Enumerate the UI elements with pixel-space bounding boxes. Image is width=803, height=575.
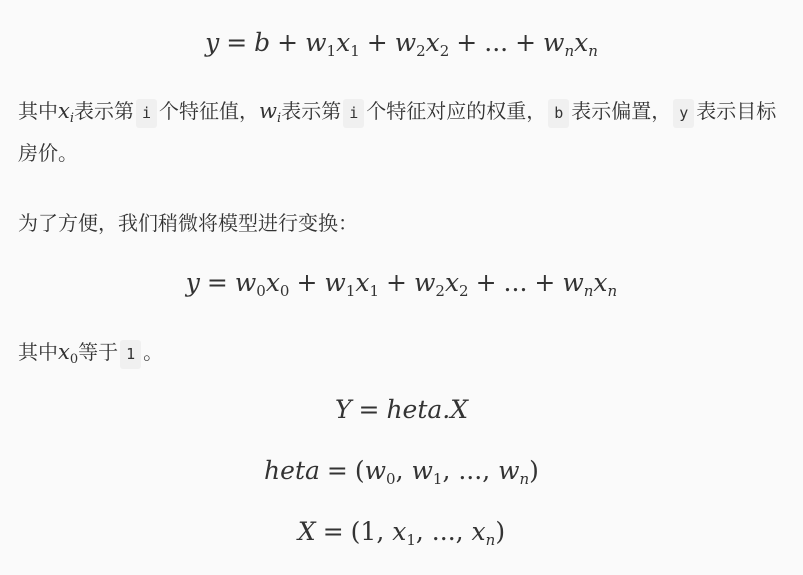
math-var: x (426, 28, 440, 57)
math-var: x (58, 340, 70, 364)
math-paren: ( (355, 456, 365, 485)
text: 。 (143, 340, 163, 364)
math-var: w (259, 99, 277, 123)
math-var: w (411, 456, 432, 485)
text: 表示第 (281, 99, 341, 123)
math-var: x (574, 28, 588, 57)
math-var: y (186, 268, 200, 297)
math-op: + (270, 28, 305, 57)
math-sub: 1 (433, 470, 443, 488)
math-sub: 2 (459, 282, 469, 300)
math-comma: , (396, 456, 404, 485)
math-var: x (266, 268, 280, 297)
math-comma: , (376, 517, 384, 546)
math-var: heta.X (386, 395, 468, 424)
math-comma: , (482, 456, 490, 485)
math-var: x (58, 99, 70, 123)
equation-x-vector: X=(1, x1, ..., xn) (0, 517, 803, 546)
math-sub: 1 (346, 282, 356, 300)
math-var: w (365, 456, 386, 485)
math-var: w (324, 268, 345, 297)
math-comma: , (442, 456, 450, 485)
math-sub: n (564, 42, 574, 60)
inline-code-1: 1 (120, 340, 141, 369)
paragraph-x0-definition: 其中x0等于1。 (18, 332, 788, 374)
math-var: w (305, 28, 326, 57)
math-var: Y (335, 395, 352, 424)
inline-code-i: i (136, 99, 157, 128)
math-var: w (235, 268, 256, 297)
paragraph-transform-intro: 为了方便，我们稍微将模型进行变换： (18, 203, 788, 243)
math-op: + (379, 268, 414, 297)
equation-linear-model: y=b+w1x1+w2x2+...+wnxn (0, 28, 803, 57)
math-var: b (254, 28, 270, 57)
math-var: w (498, 456, 519, 485)
math-sub: n (608, 282, 618, 300)
math-sub: 2 (435, 282, 445, 300)
math-dots: ... (484, 28, 508, 57)
inline-code-i: i (343, 99, 364, 128)
math-sub: 2 (416, 42, 426, 60)
equation-theta-vector: heta=(w0, w1, ..., wn) (0, 456, 803, 485)
text: 为了方便，我们稍微将模型进行变换： (18, 211, 358, 235)
math-op: = (351, 395, 386, 424)
math-var: w (543, 28, 564, 57)
inline-code-b: b (548, 99, 569, 128)
math-sub: n (588, 42, 598, 60)
math-comma: , (416, 517, 424, 546)
math-sub: n (486, 531, 496, 549)
text: 个特征对应的权重， (366, 99, 546, 123)
math-var: heta (264, 456, 320, 485)
math-op: = (200, 268, 235, 297)
math-op: + (289, 268, 324, 297)
math-op: + (449, 28, 484, 57)
text: 等于 (78, 340, 118, 364)
paragraph-variable-definitions: 其中xi表示第i个特征值，wi表示第i个特征对应的权重，b表示偏置，y表示目标房… (18, 91, 788, 173)
math-sub: n (584, 282, 594, 300)
math-dots: ... (458, 456, 482, 485)
math-number: 1 (360, 517, 376, 546)
math-var: y (205, 28, 219, 57)
math-dots: ... (504, 268, 528, 297)
math-op: + (469, 268, 504, 297)
math-var: x (336, 28, 350, 57)
math-op: + (527, 268, 562, 297)
math-sub: 0 (70, 352, 78, 367)
math-sub: 0 (256, 282, 266, 300)
inline-math-xi: xi (58, 99, 74, 123)
text: 个特征值， (159, 99, 259, 123)
text: 表示第 (74, 99, 134, 123)
math-var: w (562, 268, 583, 297)
math-sub: 1 (350, 42, 360, 60)
math-paren: ) (529, 456, 539, 485)
math-var: x (355, 268, 369, 297)
inline-code-y: y (673, 99, 694, 128)
inline-math-wi: wi (259, 99, 281, 123)
inline-math-x0: x0 (58, 340, 78, 364)
math-paren: ) (495, 517, 505, 546)
math-var: X (298, 517, 316, 546)
math-var: w (395, 28, 416, 57)
math-var: x (392, 517, 406, 546)
math-op: = (219, 28, 254, 57)
math-var: x (593, 268, 607, 297)
math-var: x (445, 268, 459, 297)
math-var: w (414, 268, 435, 297)
equation-transformed-model: y=w0x0+w1x1+w2x2+...+wnxn (0, 268, 803, 297)
math-comma: , (456, 517, 464, 546)
math-op: = (316, 517, 351, 546)
math-op: + (360, 28, 395, 57)
math-sub: 0 (386, 470, 396, 488)
math-op: + (508, 28, 543, 57)
math-sub: 1 (327, 42, 337, 60)
text: 其中 (18, 99, 58, 123)
equation-matrix-form: Y=heta.X (0, 395, 803, 424)
math-dots: ... (432, 517, 456, 546)
math-sub: n (520, 470, 530, 488)
math-paren: ( (351, 517, 361, 546)
math-sub: 1 (406, 531, 416, 549)
math-sub: 1 (369, 282, 379, 300)
text: 其中 (18, 340, 58, 364)
text: 表示偏置， (571, 99, 671, 123)
math-sub: 2 (440, 42, 450, 60)
math-var: x (472, 517, 486, 546)
math-op: = (320, 456, 355, 485)
